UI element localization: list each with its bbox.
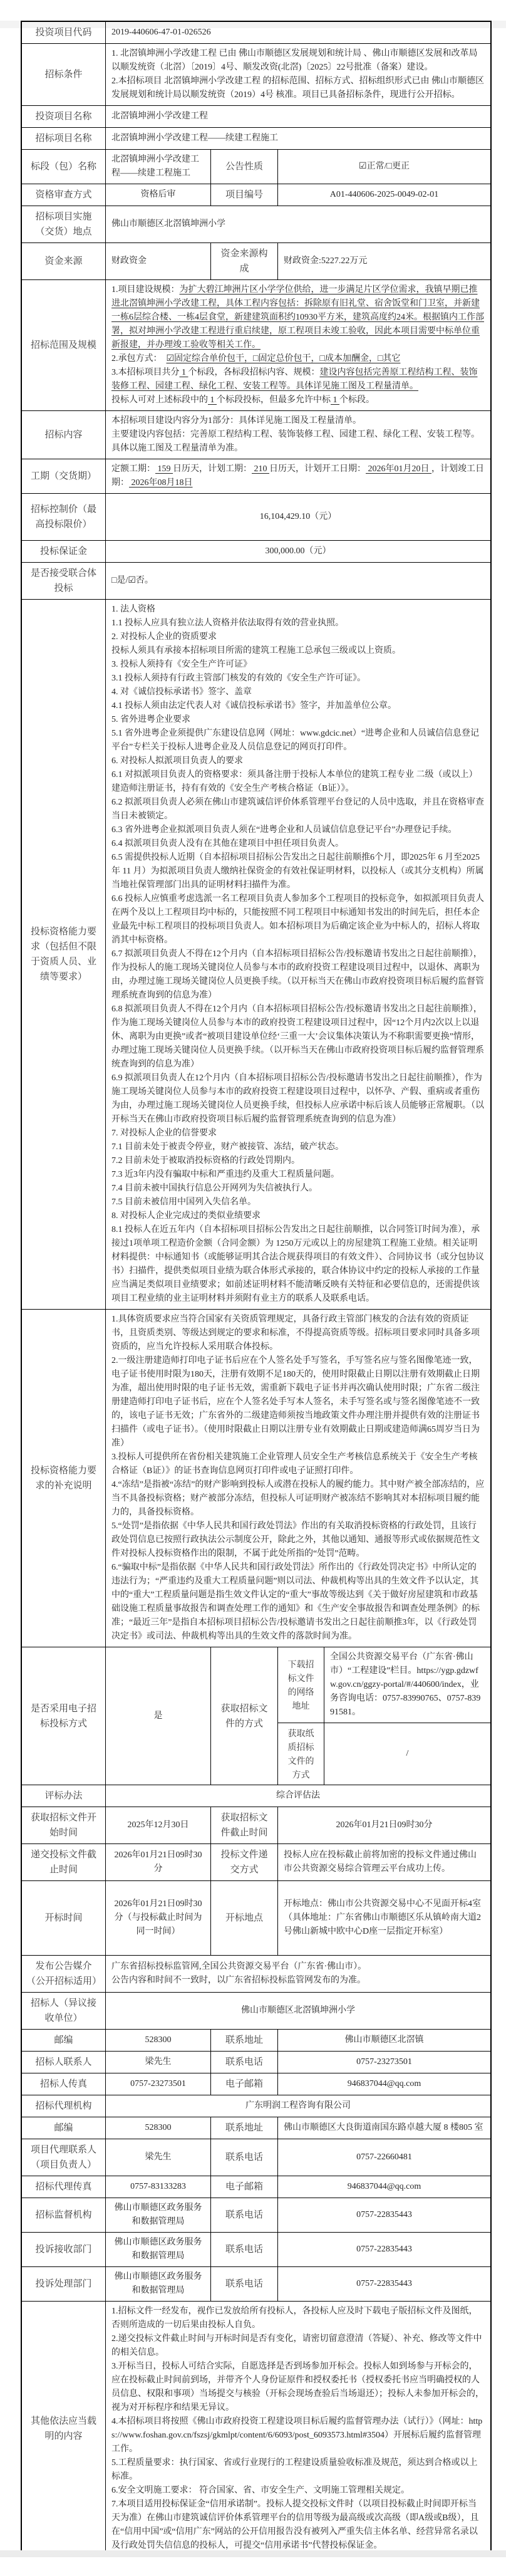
tenderer-fax-value: 0757-23273501 — [105, 2073, 210, 2095]
tender-project-name-value: 北滘镇坤洲小学改建工程——续建工程施工 — [105, 128, 490, 149]
fund-source-composition-value: 财政资金:5227.22万元 — [277, 243, 490, 279]
table-row: 投标资格能力要求的补充说明 1.具体资质要求应当符合国家有关资质管理规定，具备行… — [22, 1309, 490, 1647]
implementation-location-value: 佛山市顺德区北滘镇坤洲小学 — [105, 206, 490, 242]
table-row: 招标条件 1. 北滘镇坤洲小学改建工程 已由 佛山市顺德区发展规划和统计局 、佛… — [22, 43, 490, 105]
agency-postcode-label: 邮编 — [22, 2117, 105, 2139]
paper-obtain-method-value: / — [324, 1723, 490, 1785]
table-row: 投标保证金 300,000.00（元） — [22, 540, 490, 562]
complaint-handling-phone-label: 联系电话 — [210, 2267, 277, 2301]
period-finish-date: 2026年08月18日 — [129, 478, 193, 488]
tenderer-email-value: 946837044@qq.com — [277, 2073, 490, 2095]
tenderer-address-value: 佛山市顺德区北滘镇 — [277, 2030, 490, 2051]
tenderer-address-label: 联系地址 — [210, 2030, 277, 2051]
scope-p1-underlined: 为扩大碧江坤洲片区小学学位供给，进一步满足片区学位需求，我镇早期已推进北滘镇坤洲… — [111, 285, 484, 350]
agency-contact-label: 项目代理联系人（项目负责人） — [22, 2139, 105, 2176]
bid-submission-deadline-label: 递交投标文件截止时间 — [22, 1844, 105, 1880]
period-plan-days: 210 — [252, 464, 269, 474]
tenderer-email-label: 电子邮箱 — [210, 2073, 277, 2095]
table-row: 招标内容 本招标项目建设内容分为1部分：具体详见施工图及工程量清单。 主要建设内… — [22, 410, 490, 459]
table-row: 邮编 528300 联系地址 佛山市顺德区大良街道南国东路卓越大厦 8 楼805… — [22, 2117, 490, 2139]
tender-content-paragraphs: 本招标项目建设内容分为1部分：具体详见施工图及工程量清单。 主要建设内容包括：完… — [111, 414, 485, 456]
tender-announcement-table: 投资项目代码 2019-440606-47-01-026526 招标条件 1. … — [21, 21, 492, 2557]
tender-scope-and-scale-label: 招标范围及规模 — [22, 280, 105, 410]
electronic-bidding-label: 是否采用电子招标投标方式 — [22, 1647, 105, 1785]
table-row: 递交投标文件截止时间 2026年01月21日09时30分 投标文件递交方式 投标… — [22, 1843, 490, 1880]
document-obtain-method-label: 获取招标文件的方式 — [210, 1647, 277, 1785]
doc-obtain-start-time-value: 2025年12月30日 — [105, 1807, 210, 1843]
complaint-handling-dept-label: 投诉处理部门 — [22, 2267, 105, 2301]
agency-phone-label: 联系电话 — [210, 2139, 277, 2176]
table-row: 项目代理联系人（项目负责人） 梁先生 联系电话 0757-22660481 — [22, 2139, 490, 2176]
bidder-qualification-requirements-value: 1. 法人资格 1.1 投标人应具有独立法人资格并依法取得有效的营业执照。 2.… — [105, 600, 490, 1309]
supervision-phone-value: 0757-22835443 — [277, 2198, 490, 2232]
table-row: 招标人（异议接收单位） 佛山市顺德区北滘镇坤洲小学 — [22, 1992, 490, 2029]
scope-paragraph-3: 3.本招标项目共分 1 个标段，各标段招标内容、规模：建设内容包括完善原工程结构… — [111, 366, 485, 394]
complaint-handling-dept-value: 佛山市顺德区政务服务和数据管理局 — [105, 2267, 210, 2301]
fund-source-composition-label: 资金来源构成 — [210, 243, 277, 279]
other-content-paragraphs: 1.招标文件一经发布，视作已发放给所有投标人，各投标人应及时下载电子版招标文件及… — [111, 2305, 485, 2553]
fund-source-label: 资金来源 — [22, 243, 105, 279]
tender-agency-value: 广东明润工程咨询有限公司 — [105, 2095, 490, 2117]
table-row: 投诉处理部门 佛山市顺德区政务服务和数据管理局 联系电话 0757-228354… — [22, 2266, 490, 2301]
scope-p4-text3: 个标段。 — [339, 395, 374, 405]
table-row: 是否接受联合体投标 □是/☑否。 — [22, 562, 490, 599]
table-row: 是否采用电子招标投标方式 是 获取招标文件的方式 下载招标文件的网络地址 全国公… — [22, 1647, 490, 1785]
scope-p4-text2: 个标段投标，但最多允许中标 — [217, 395, 331, 405]
table-row: 招标控制价（最高投标限价） 16,104,429.10（元） — [22, 493, 490, 540]
tender-agency-label: 招标代理机构 — [22, 2095, 105, 2117]
agency-fax-label: 招标代理传真 — [22, 2176, 105, 2198]
paper-obtain-method-row: 获取纸质招标文件的方式 / — [278, 1723, 490, 1785]
table-row: 投资项目名称 北滘镇坤洲小学改建工程 — [22, 105, 490, 127]
table-row: 投标资格能力要求（包括但不限于资质人员、业绩等要求） 1. 法人资格 1.1 投… — [22, 599, 490, 1309]
tenderer-postcode-value: 528300 — [105, 2030, 210, 2051]
doc-obtain-deadline-label: 获取招标文件截止时间 — [210, 1807, 277, 1843]
table-row: 投资项目代码 2019-440606-47-01-026526 — [22, 22, 490, 43]
evaluation-method-value: 综合评估法 — [105, 1785, 490, 1807]
bid-security-label: 投标保证金 — [22, 541, 105, 562]
qualification-supplementary-notes-value: 1.具体资质要求应当符合国家有关资质管理规定，具备行政主管部门核发的合法有效的资… — [105, 1310, 490, 1647]
section-package-name-value: 北滘镇坤洲小学改建工程——续建工程施工 — [105, 150, 210, 184]
announcement-media-label: 发布公告媒介（公开招标适用） — [22, 1956, 105, 1992]
tenderer-value: 佛山市顺德区北滘镇坤洲小学 — [105, 1993, 490, 2029]
table-row: 招标项目名称 北滘镇坤洲小学改建工程——续建工程施工 — [22, 127, 490, 149]
evaluation-method-label: 评标办法 — [22, 1785, 105, 1807]
paper-obtain-method-label: 获取纸质招标文件的方式 — [278, 1723, 324, 1785]
scope-p3-text2: 个标段，各标段招标内容、规模： — [188, 368, 320, 377]
bid-opening-time-label: 开标时间 — [22, 1881, 105, 1955]
table-row: 工期（交货期） 定额工期： 159 日历天，计划工期： 210 日历天，计划开工… — [22, 459, 490, 493]
complaint-receiving-dept-value: 佛山市顺德区政务服务和数据管理局 — [105, 2233, 210, 2266]
tender-content-label: 招标内容 — [22, 411, 105, 459]
tender-conditions-value: 1. 北滘镇坤洲小学改建工程 已由 佛山市顺德区发展规划和统计局 、佛山市顺德区… — [105, 44, 490, 105]
implementation-location-label: 招标项目实施（交货）地点 — [22, 206, 105, 242]
construction-period-value: 定额工期： 159 日历天，计划工期： 210 日历天，计划开工日期： 2026… — [105, 459, 490, 493]
tenderer-postcode-label: 邮编 — [22, 2030, 105, 2051]
table-row: 发布公告媒介（公开招标适用） 广东省招标投标监管网,全国公共资源交易平台（广东省… — [22, 1955, 490, 1992]
table-row: 邮编 528300 联系地址 佛山市顺德区北滘镇 — [22, 2029, 490, 2051]
scope-paragraph-4: 投标人可对上述标段中的 1 个标段投标，但最多允许中标 1 个标段。 — [111, 394, 485, 407]
supervision-authority-label: 招标监督机构 — [22, 2198, 105, 2232]
agency-address-value: 佛山市顺德区大良街道南国东路卓越大厦 8 楼805 室 — [277, 2117, 490, 2139]
announcement-nature-value: ☑正常/□更正 — [277, 150, 490, 184]
period-quota-days: 159 — [155, 464, 173, 474]
qualification-supplementary-notes-label: 投标资格能力要求的补充说明 — [22, 1310, 105, 1647]
table-row: 招标项目实施（交货）地点 佛山市顺德区北滘镇坤洲小学 — [22, 206, 490, 242]
table-row: 招标监督机构 佛山市顺德区政务服务和数据管理局 联系电话 0757-228354… — [22, 2198, 490, 2232]
electronic-bidding-value: 是 — [105, 1647, 210, 1785]
complaint-handling-phone-value: 0757-22835443 — [277, 2267, 490, 2301]
page-bottom-strip — [0, 2550, 506, 2557]
table-row: 其他依法应当载明的内容 1.招标文件一经发布，视作已发放给所有投标人，各投标人应… — [22, 2301, 490, 2556]
table-row: 投诉接收部门 佛山市顺德区政务服务和数据管理局 联系电话 0757-228354… — [22, 2232, 490, 2266]
qualification-review-method-value: 资格后审 — [105, 184, 210, 206]
qualification-review-method-label: 资格审查方式 — [22, 184, 105, 206]
announcement-media-paragraphs: 广东省招标投标监管网,全国公共资源交易平台（广东省·佛山市）。 公告内容和时间不… — [111, 1960, 485, 1988]
period-text-1: 定额工期： — [111, 464, 155, 474]
bid-opening-location-value: 开标地点：佛山市公共资源交易中心不见面开标4室（具体地址：广东省佛山市顺德区乐从… — [277, 1881, 490, 1955]
agency-email-label: 电子邮箱 — [210, 2176, 277, 2198]
bid-opening-time-value: 2026年01月21日09时30分（与投标截止时间为同一时间） — [105, 1881, 210, 1955]
agency-address-label: 联系地址 — [210, 2117, 277, 2139]
period-start-date: 2026年01月20日 — [366, 464, 431, 474]
tender-content-value: 本招标项目建设内容分为1部分：具体详见施工图及工程量清单。 主要建设内容包括：完… — [105, 411, 490, 459]
bidder-qualification-requirements-paragraphs: 1. 法人资格 1.1 投标人应具有独立法人资格并依法取得有效的营业执照。 2.… — [111, 603, 485, 1306]
tenderer-contact-value: 梁先生 — [105, 2052, 210, 2073]
scope-p2-underlined: ☑固定综合单价包干，□固定总价包干，□成本加酬金，□其它 — [167, 354, 401, 363]
tender-project-name-label: 招标项目名称 — [22, 128, 105, 149]
tender-conditions-label: 招标条件 — [22, 44, 105, 105]
scope-p3-text: 3.本招标项目共分 — [111, 368, 180, 377]
doc-obtain-deadline-value: 2026年01月21日09时30分 — [277, 1807, 490, 1843]
download-url-label: 下载招标文件的网络地址 — [278, 1647, 324, 1723]
download-url-row: 下载招标文件的网络地址 全国公共资源交易平台（广东省·佛山市）“工程建设”栏目。… — [278, 1647, 490, 1723]
table-row: 开标时间 2026年01月21日09时30分（与投标截止时间为同一时间） 开标地… — [22, 1880, 490, 1955]
scope-paragraph-1: 1.项目建设规模：为扩大碧江坤洲片区小学学位供给，进一步满足片区学位需求，我镇早… — [111, 283, 485, 352]
complaint-receiving-dept-label: 投诉接收部门 — [22, 2233, 105, 2266]
investment-project-code-value: 2019-440606-47-01-026526 — [105, 22, 490, 43]
complaint-receiving-phone-value: 0757-22835443 — [277, 2233, 490, 2266]
tenderer-fax-label: 招标人传真 — [22, 2073, 105, 2095]
tenderer-phone-value: 0757-23273501 — [277, 2052, 490, 2073]
doc-obtain-start-time-label: 获取招标文件开始时间 — [22, 1807, 105, 1843]
table-row: 招标代理机构 广东明润工程咨询有限公司 — [22, 2095, 490, 2117]
scope-p4-text: 投标人可对上述标段中的 — [111, 395, 208, 405]
investment-project-name-label: 投资项目名称 — [22, 106, 105, 127]
table-row: 资金来源 财政资金 资金来源构成 财政资金:5227.22万元 — [22, 242, 490, 279]
supervision-authority-value: 佛山市顺德区政务服务和数据管理局 — [105, 2198, 210, 2232]
table-row: 招标范围及规模 1.项目建设规模：为扩大碧江坤洲片区小学学位供给，进一步满足片区… — [22, 279, 490, 410]
scope-p3-section-count: 1 — [180, 368, 188, 377]
tenderer-contact-label: 招标人联系人 — [22, 2052, 105, 2073]
agency-postcode-value: 528300 — [105, 2117, 210, 2139]
tender-control-price-value: 16,104,429.10（元） — [105, 494, 490, 540]
table-row: 标段（包）名称 北滘镇坤洲小学改建工程——续建工程施工 公告性质 ☑正常/□更正 — [22, 149, 490, 184]
agency-fax-value: 0757-83133283 — [105, 2176, 210, 2198]
scope-paragraph-2: 2.承包方式： ☑固定综合单价包干，□固定总价包干，□成本加酬金，□其它 — [111, 352, 485, 366]
fund-source-value: 财政资金 — [105, 243, 210, 279]
table-row: 评标办法 综合评估法 — [22, 1785, 490, 1807]
bid-opening-location-label: 开标地点 — [210, 1881, 277, 1955]
agency-contact-value: 梁先生 — [105, 2139, 210, 2176]
joint-venture-accepted-label: 是否接受联合体投标 — [22, 563, 105, 599]
supervision-phone-label: 联系电话 — [210, 2198, 277, 2232]
construction-period-text: 定额工期： 159 日历天，计划工期： 210 日历天，计划开工日期： 2026… — [111, 462, 485, 490]
tender-scope-and-scale-value: 1.项目建设规模：为扩大碧江坤洲片区小学学位供给，进一步满足片区学位需求，我镇早… — [105, 280, 490, 410]
agency-phone-value: 0757-22660481 — [277, 2139, 490, 2176]
tenderer-phone-label: 联系电话 — [210, 2052, 277, 2073]
section-package-name-label: 标段（包）名称 — [22, 150, 105, 184]
bid-security-value: 300,000.00（元） — [105, 541, 490, 562]
tender-conditions-paragraphs: 1. 北滘镇坤洲小学改建工程 已由 佛山市顺德区发展规划和统计局 、佛山市顺德区… — [111, 47, 485, 102]
other-content-label: 其他依法应当载明的内容 — [22, 2302, 105, 2556]
scope-p4-win-count: 1 — [331, 395, 339, 405]
table-row: 招标人传真 0757-23273501 电子邮箱 946837044@qq.co… — [22, 2073, 490, 2095]
joint-venture-accepted-value: □是/☑否。 — [105, 563, 490, 599]
tenderer-label: 招标人（异议接收单位） — [22, 1993, 105, 2029]
announcement-nature-label: 公告性质 — [210, 150, 277, 184]
scope-p1-prefix: 1.项目建设规模： — [111, 285, 180, 295]
project-number-value: A01-440606-2025-0049-02-01 — [277, 184, 490, 206]
tender-control-price-label: 招标控制价（最高投标限价） — [22, 494, 105, 540]
table-row: 获取招标文件开始时间 2025年12月30日 获取招标文件截止时间 2026年0… — [22, 1807, 490, 1843]
table-row: 招标代理传真 0757-83133283 电子邮箱 946837044@qq.c… — [22, 2176, 490, 2198]
bid-submission-method-label: 投标文件递交方式 — [210, 1844, 277, 1880]
scope-p4-bid-count: 1 — [208, 395, 217, 405]
period-text-3: 日历天，计划开工日期： — [269, 464, 366, 474]
table-row: 招标人联系人 梁先生 联系电话 0757-23273501 — [22, 2051, 490, 2073]
investment-project-code-label: 投资项目代码 — [22, 22, 105, 43]
investment-project-name-value: 北滘镇坤洲小学改建工程 — [105, 106, 490, 127]
other-content-value: 1.招标文件一经发布，视作已发放给所有投标人，各投标人应及时下载电子版招标文件及… — [105, 2302, 490, 2556]
bid-submission-method-value: 投标人应在投标截止前将加密的投标文件通过佛山市公共资源交易综合管理云平台成功上传… — [277, 1844, 490, 1880]
bidder-qualification-requirements-label: 投标资格能力要求（包括但不限于资质人员、业绩等要求） — [22, 600, 105, 1309]
qualification-supplementary-notes-paragraphs: 1.具体资质要求应当符合国家有关资质管理规定，具备行政主管部门核发的合法有效的资… — [111, 1313, 485, 1644]
table-row: 资格审查方式 资格后审 项目编号 A01-440606-2025-0049-02… — [22, 184, 490, 206]
announcement-media-value: 广东省招标投标监管网,全国公共资源交易平台（广东省·佛山市）。 公告内容和时间不… — [105, 1956, 490, 1992]
scope-p2-prefix: 2.承包方式： — [111, 354, 167, 363]
document-obtain-method-detail: 下载招标文件的网络地址 全国公共资源交易平台（广东省·佛山市）“工程建设”栏目。… — [277, 1647, 490, 1785]
bid-submission-deadline-value: 2026年01月21日09时30分 — [105, 1844, 210, 1880]
download-url-value: 全国公共资源交易平台（广东省·佛山市）“工程建设”栏目。https://ygp.… — [324, 1647, 490, 1723]
complaint-receiving-phone-label: 联系电话 — [210, 2233, 277, 2266]
project-number-label: 项目编号 — [210, 184, 277, 206]
construction-period-label: 工期（交货期） — [22, 459, 105, 493]
period-text-2: 日历天，计划工期： — [173, 464, 252, 474]
agency-email-value: 946837044@qq.com — [277, 2176, 490, 2198]
